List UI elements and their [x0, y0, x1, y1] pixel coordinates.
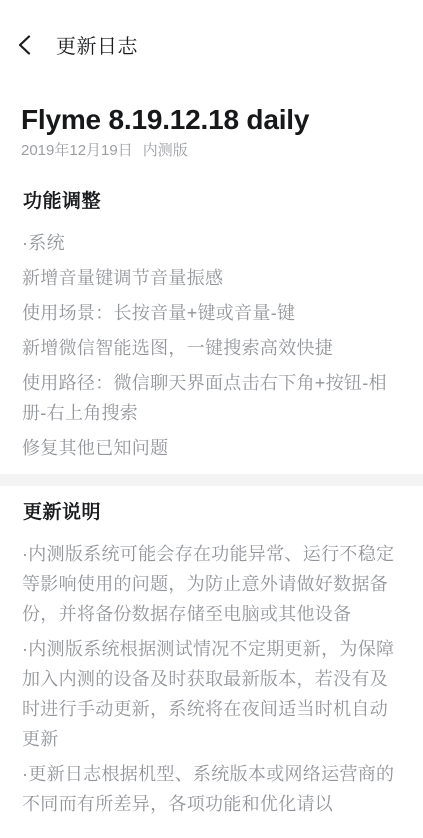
version-block: Flyme 8.19.12.18 daily 2019年12月19日 内测版: [0, 103, 423, 161]
log-line: 新增音量键调节音量振感: [22, 263, 401, 293]
back-button[interactable]: [18, 35, 34, 55]
note-paragraph: ·更新日志根据机型、系统版本或网络运营商的不同而有所差异，各项功能和优化请以: [22, 759, 401, 819]
version-channel-badge: 内测版: [143, 141, 188, 161]
version-date: 2019年12月19日: [21, 141, 133, 161]
version-title: Flyme 8.19.12.18 daily: [21, 103, 402, 137]
app-header: 更新日志: [0, 0, 423, 65]
log-line: ·系统: [22, 228, 401, 258]
section-heading: 更新说明: [23, 500, 401, 526]
version-meta: 2019年12月19日 内测版: [21, 141, 402, 161]
page-title: 更新日志: [56, 30, 138, 59]
note-paragraph: ·内测版系统可能会存在功能异常、运行不稳定等影响使用的问题，为防止意外请做好数据…: [22, 539, 401, 629]
chevron-left-icon: [18, 35, 31, 55]
log-line: 新增微信智能选图，一键搜索高效快捷: [22, 333, 401, 363]
log-line: 使用场景：长按音量+键或音量-键: [22, 298, 401, 328]
update-log-screen[interactable]: 更新日志 Flyme 8.19.12.18 daily 2019年12月19日 …: [0, 0, 423, 838]
section-heading: 功能调整: [23, 189, 401, 215]
section-update-notes: 更新说明 ·内测版系统可能会存在功能异常、运行不稳定等影响使用的问题，为防止意外…: [0, 500, 423, 819]
log-line: 使用路径：微信聊天界面点击右下角+按钮-相册-右上角搜索: [22, 368, 401, 428]
note-paragraph: ·内测版系统根据测试情况不定期更新，为保障加入内测的设备及时获取最新版本，若没有…: [22, 634, 401, 754]
section-feature-adjustments: 功能调整 ·系统 新增音量键调节音量振感 使用场景：长按音量+键或音量-键 新增…: [0, 189, 423, 463]
log-line: 修复其他已知问题: [22, 433, 401, 463]
section-divider: [0, 474, 423, 486]
